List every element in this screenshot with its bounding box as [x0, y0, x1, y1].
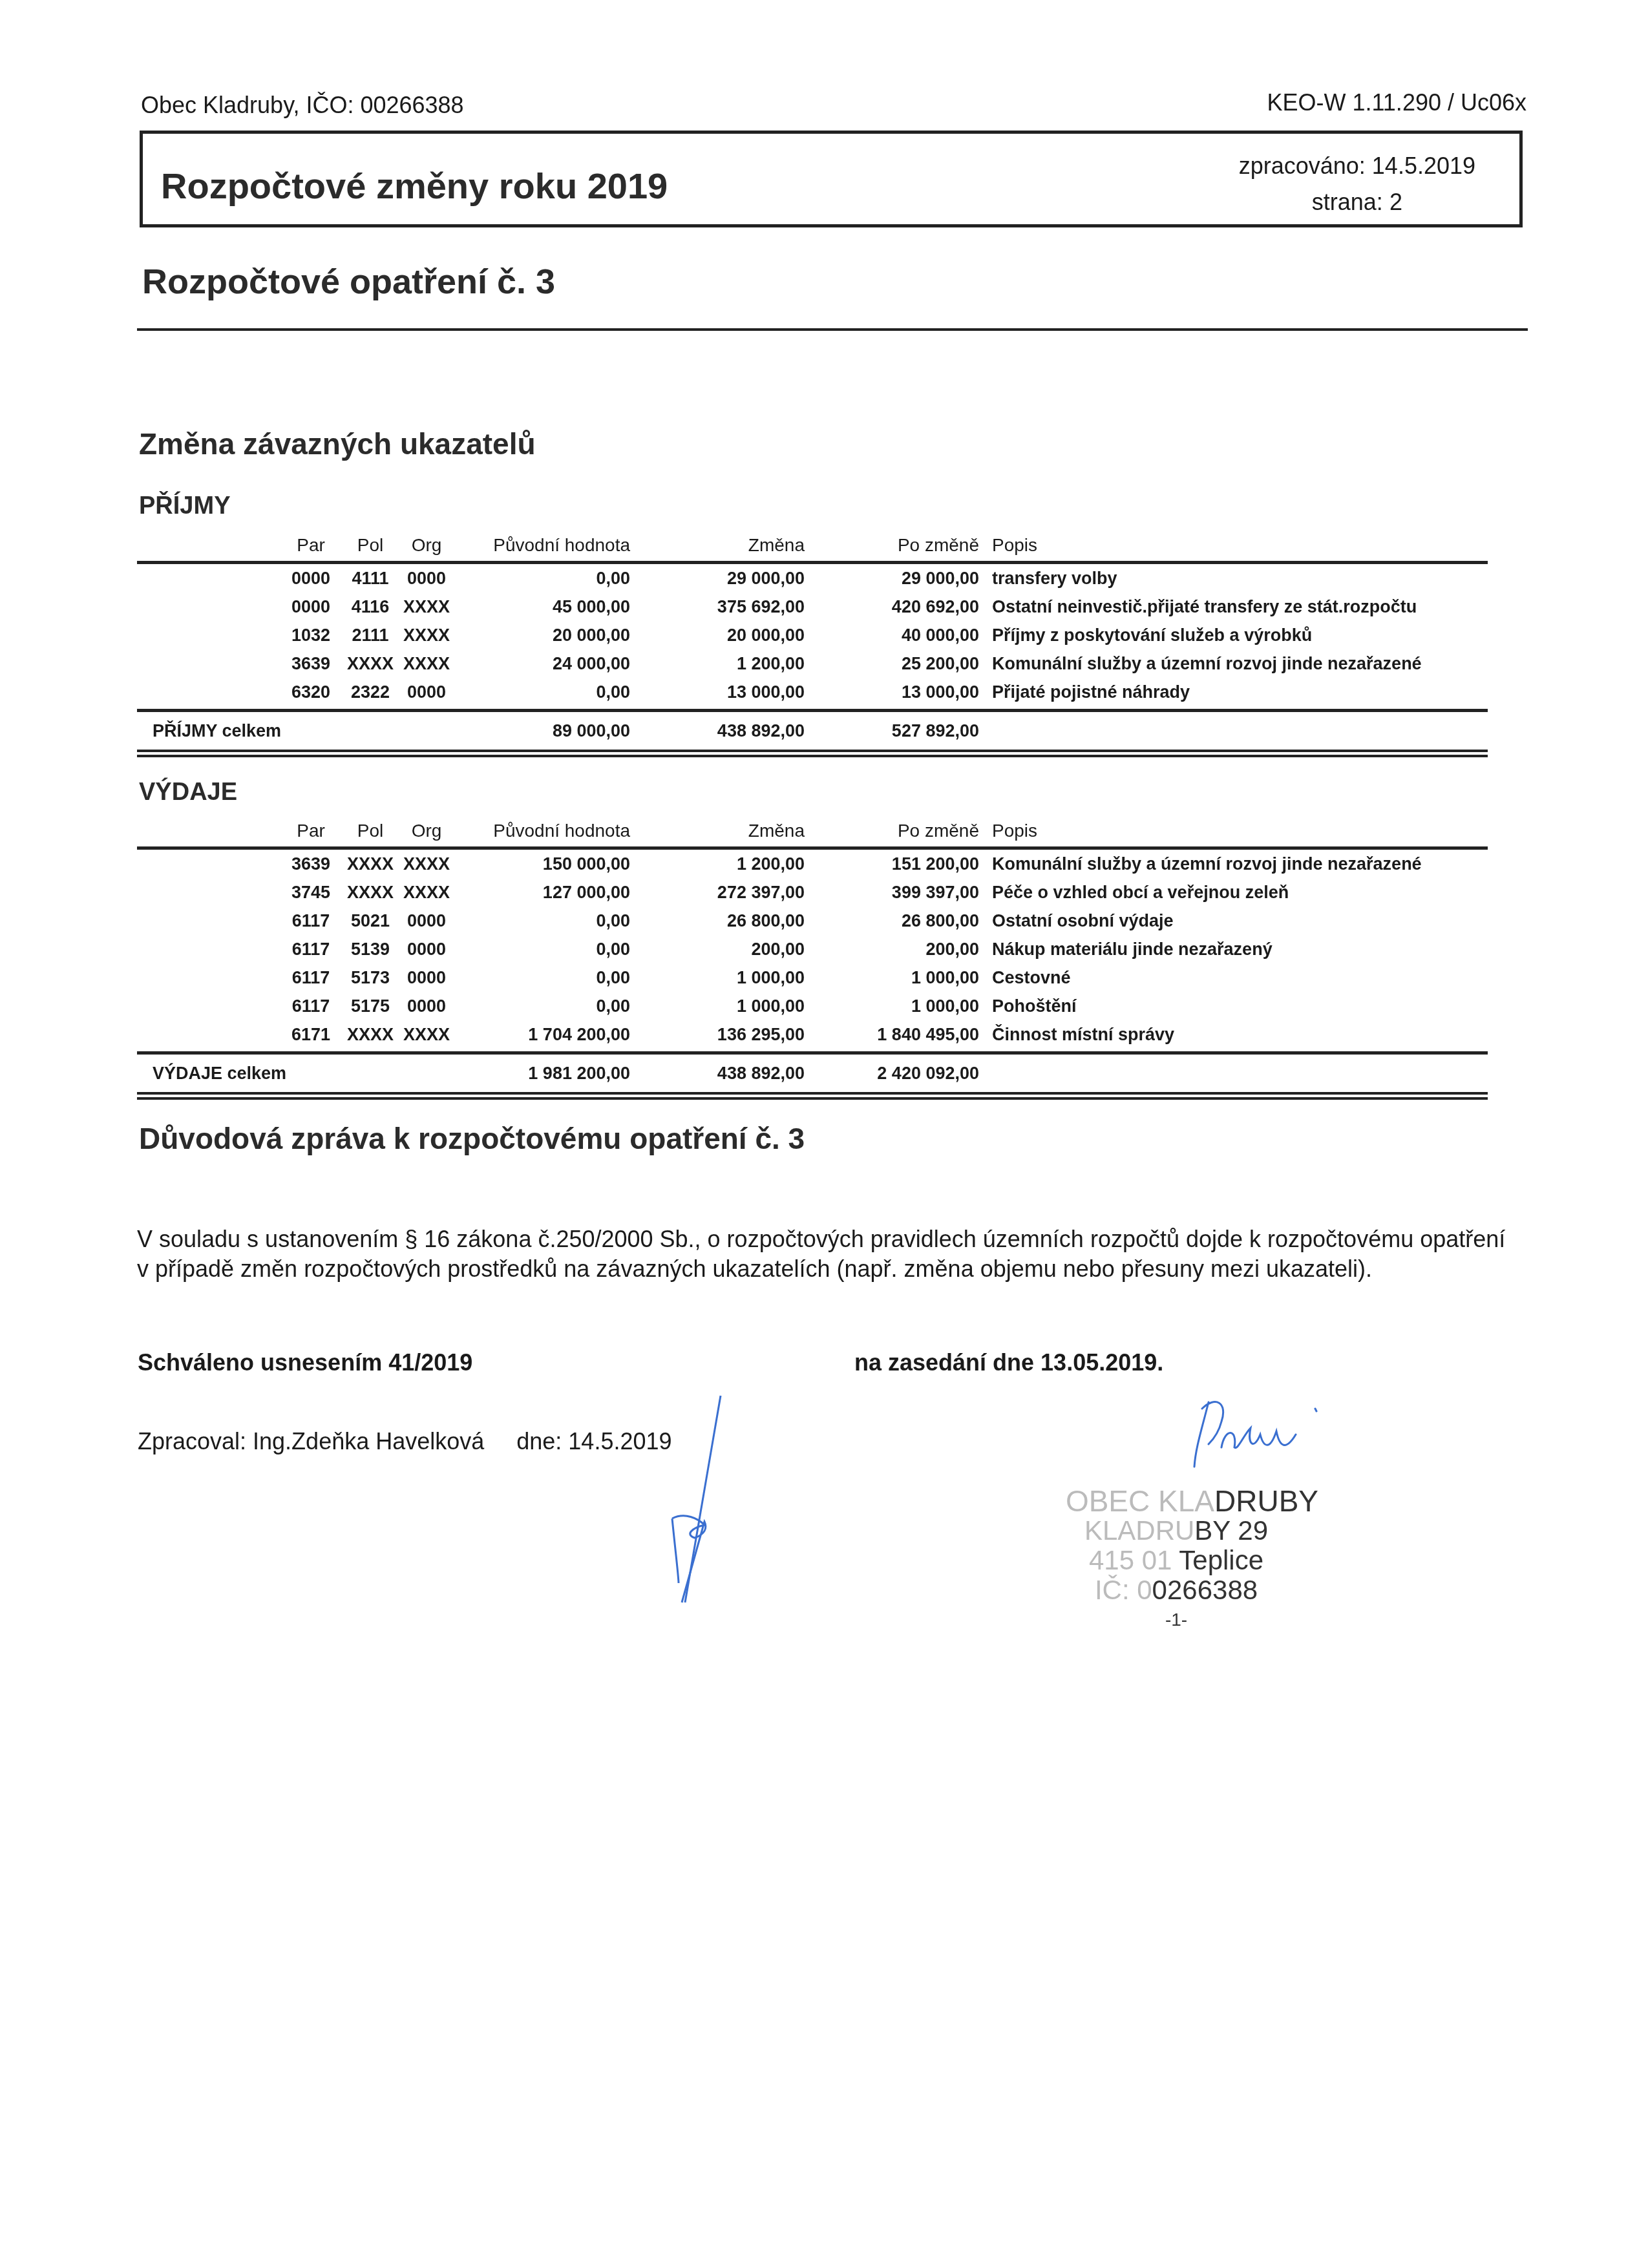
table-row: 10322111XXXX20 000,0020 000,0040 000,00P…	[137, 621, 1488, 649]
cell-after: 40 000,00	[805, 621, 979, 649]
col-after: Po změně	[805, 821, 979, 848]
divider	[137, 328, 1528, 331]
prepared-by: Zpracoval: Ing.Zdeňka Havelková	[138, 1428, 484, 1454]
cell-after: 1 000,00	[805, 963, 979, 992]
title-box: Rozpočtové změny roku 2019 zpracováno: 1…	[140, 131, 1523, 227]
cell-pol: XXXX	[343, 878, 397, 907]
total-row: VÝDAJE celkem1 981 200,00438 892,002 420…	[137, 1053, 1488, 1093]
approval-resolution: Schváleno usnesením 41/2019	[138, 1349, 472, 1376]
total-after: 527 892,00	[805, 711, 979, 750]
document-meta: zpracováno: 14.5.2019 strana: 2	[1239, 148, 1475, 220]
cell-original: 150 000,00	[456, 848, 630, 879]
cell-description: Činnost místní správy	[979, 1020, 1488, 1053]
cell-description: Příjmy z poskytování služeb a výrobků	[979, 621, 1488, 649]
total-original: 89 000,00	[456, 711, 630, 750]
col-original: Původní hodnota	[456, 821, 630, 848]
cell-original: 0,00	[456, 935, 630, 963]
cell-pol: 5139	[343, 935, 397, 963]
row-label	[137, 1020, 279, 1053]
double-rule	[137, 1097, 1488, 1100]
page-label: strana:	[1312, 189, 1383, 215]
cell-change: 1 200,00	[630, 848, 805, 879]
cell-after: 399 397,00	[805, 878, 979, 907]
row-label	[137, 992, 279, 1020]
double-rule	[137, 750, 1488, 752]
table-row: 6171XXXXXXXX1 704 200,00136 295,001 840 …	[137, 1020, 1488, 1053]
cell-original: 127 000,00	[456, 878, 630, 907]
total-change: 438 892,00	[630, 1053, 805, 1093]
col-description: Popis	[979, 821, 1488, 848]
software-version: KEO-W 1.11.290 / Uc06x	[1267, 89, 1527, 116]
cell-par: 6320	[279, 678, 343, 711]
cell-description: Nákup materiálu jinde nezařazený	[979, 935, 1488, 963]
cell-par: 0000	[279, 593, 343, 621]
expenses-table: Par Pol Org Původní hodnota Změna Po změ…	[137, 821, 1488, 1092]
row-label	[137, 907, 279, 935]
cell-change: 26 800,00	[630, 907, 805, 935]
col-description: Popis	[979, 535, 1488, 563]
signature-preparer	[646, 1389, 750, 1609]
cell-change: 375 692,00	[630, 593, 805, 621]
row-label	[137, 621, 279, 649]
col-org: Org	[397, 535, 456, 563]
cell-pol: 5175	[343, 992, 397, 1020]
table-row: 6117513900000,00200,00200,00Nákup materi…	[137, 935, 1488, 963]
table-row: 0000411100000,0029 000,0029 000,00transf…	[137, 563, 1488, 593]
prepared-by-line: Zpracoval: Ing.Zdeňka Havelkovádne: 14.5…	[138, 1428, 672, 1455]
report-text: V souladu s ustanovením § 16 zákona č.25…	[137, 1224, 1520, 1284]
cell-description: transfery volby	[979, 563, 1488, 593]
cell-change: 1 000,00	[630, 992, 805, 1020]
cell-par: 1032	[279, 621, 343, 649]
cell-pol: XXXX	[343, 1020, 397, 1053]
cell-org: XXXX	[397, 878, 456, 907]
total-after: 2 420 092,00	[805, 1053, 979, 1093]
row-label	[137, 563, 279, 593]
cell-description: Cestovné	[979, 963, 1488, 992]
cell-after: 200,00	[805, 935, 979, 963]
cell-change: 29 000,00	[630, 563, 805, 593]
col-pol: Pol	[343, 535, 397, 563]
cell-description: Komunální služby a územní rozvoj jinde n…	[979, 848, 1488, 879]
cell-org: 0000	[397, 935, 456, 963]
cell-change: 136 295,00	[630, 1020, 805, 1053]
indicators-title: Změna závazných ukazatelů	[139, 426, 536, 461]
table-row: 3639XXXXXXXX150 000,001 200,00151 200,00…	[137, 848, 1488, 879]
row-label	[137, 878, 279, 907]
cell-change: 1 200,00	[630, 649, 805, 678]
processed-label: zpracováno:	[1239, 152, 1366, 179]
table-row: 6320232200000,0013 000,0013 000,00Přijat…	[137, 678, 1488, 711]
row-label	[137, 593, 279, 621]
double-rule	[137, 755, 1488, 757]
signature-mayor	[1189, 1389, 1357, 1480]
row-label	[137, 963, 279, 992]
table-row: 6117502100000,0026 800,0026 800,00Ostatn…	[137, 907, 1488, 935]
meeting-date: na zasedání dne 13.05.2019.	[854, 1349, 1163, 1376]
page-number: 2	[1389, 189, 1402, 215]
cell-par: 6117	[279, 992, 343, 1020]
table-row: 3745XXXXXXXX127 000,00272 397,00399 397,…	[137, 878, 1488, 907]
double-rule	[137, 1092, 1488, 1095]
cell-pol: 2111	[343, 621, 397, 649]
cell-org: XXXX	[397, 621, 456, 649]
col-par: Par	[279, 821, 343, 848]
cell-change: 20 000,00	[630, 621, 805, 649]
cell-pol: XXXX	[343, 649, 397, 678]
cell-after: 1 000,00	[805, 992, 979, 1020]
cell-pol: 4111	[343, 563, 397, 593]
cell-par: 3639	[279, 848, 343, 879]
col-change: Změna	[630, 821, 805, 848]
row-label	[137, 678, 279, 711]
cell-after: 1 840 495,00	[805, 1020, 979, 1053]
cell-original: 45 000,00	[456, 593, 630, 621]
total-description	[979, 1053, 1488, 1093]
row-label	[137, 935, 279, 963]
cell-par: 0000	[279, 563, 343, 593]
document-title: Rozpočtové změny roku 2019	[161, 165, 668, 207]
cell-pol: 4116	[343, 593, 397, 621]
col-original: Původní hodnota	[456, 535, 630, 563]
expenses-title: VÝDAJE	[139, 779, 237, 806]
cell-pol: XXXX	[343, 848, 397, 879]
cell-after: 420 692,00	[805, 593, 979, 621]
cell-original: 1 704 200,00	[456, 1020, 630, 1053]
cell-par: 6117	[279, 963, 343, 992]
col-par: Par	[279, 535, 343, 563]
table-row: 6117517500000,001 000,001 000,00Pohoštěn…	[137, 992, 1488, 1020]
organization-header: Obec Kladruby, IČO: 00266388	[141, 92, 464, 119]
cell-after: 13 000,00	[805, 678, 979, 711]
total-change: 438 892,00	[630, 711, 805, 750]
cell-org: XXXX	[397, 848, 456, 879]
income-table: Par Pol Org Původní hodnota Změna Po změ…	[137, 535, 1488, 750]
cell-par: 3639	[279, 649, 343, 678]
report-title: Důvodová zpráva k rozpočtovému opatření …	[139, 1121, 805, 1156]
cell-change: 200,00	[630, 935, 805, 963]
col-after: Po změně	[805, 535, 979, 563]
col-change: Změna	[630, 535, 805, 563]
cell-description: Komunální služby a územní rozvoj jinde n…	[979, 649, 1488, 678]
cell-org: 0000	[397, 678, 456, 711]
cell-par: 6171	[279, 1020, 343, 1053]
cell-original: 20 000,00	[456, 621, 630, 649]
table-header: Par Pol Org Původní hodnota Změna Po změ…	[137, 535, 1488, 563]
col-org: Org	[397, 821, 456, 848]
cell-original: 0,00	[456, 963, 630, 992]
cell-par: 3745	[279, 878, 343, 907]
table-row: 00004116XXXX45 000,00375 692,00420 692,0…	[137, 593, 1488, 621]
total-label: VÝDAJE celkem	[137, 1053, 456, 1093]
cell-after: 25 200,00	[805, 649, 979, 678]
cell-pol: 5173	[343, 963, 397, 992]
measure-title: Rozpočtové opatření č. 3	[142, 262, 555, 302]
cell-org: 0000	[397, 963, 456, 992]
row-label	[137, 649, 279, 678]
total-row: PŘÍJMY celkem89 000,00438 892,00527 892,…	[137, 711, 1488, 750]
cell-org: XXXX	[397, 1020, 456, 1053]
cell-pol: 5021	[343, 907, 397, 935]
cell-original: 0,00	[456, 678, 630, 711]
cell-after: 26 800,00	[805, 907, 979, 935]
col-pol: Pol	[343, 821, 397, 848]
cell-org: 0000	[397, 907, 456, 935]
cell-original: 24 000,00	[456, 649, 630, 678]
cell-original: 0,00	[456, 992, 630, 1020]
processed-date: 14.5.2019	[1372, 152, 1475, 179]
cell-org: XXXX	[397, 649, 456, 678]
table-header: Par Pol Org Původní hodnota Změna Po změ…	[137, 821, 1488, 848]
cell-change: 272 397,00	[630, 878, 805, 907]
cell-change: 1 000,00	[630, 963, 805, 992]
cell-par: 6117	[279, 935, 343, 963]
total-description	[979, 711, 1488, 750]
cell-original: 0,00	[456, 563, 630, 593]
cell-description: Přijaté pojistné náhrady	[979, 678, 1488, 711]
total-label: PŘÍJMY celkem	[137, 711, 456, 750]
cell-description: Péče o vzhled obcí a veřejnou zeleň	[979, 878, 1488, 907]
table-row: 3639XXXXXXXX24 000,001 200,0025 200,00Ko…	[137, 649, 1488, 678]
cell-org: XXXX	[397, 593, 456, 621]
row-label	[137, 848, 279, 879]
official-stamp: OBEC KLADRUBY KLADRUBY 29 415 01 Teplice…	[1008, 1486, 1344, 1635]
cell-description: Ostatní neinvestič.přijaté transfery ze …	[979, 593, 1488, 621]
cell-description: Pohoštění	[979, 992, 1488, 1020]
cell-after: 151 200,00	[805, 848, 979, 879]
cell-par: 6117	[279, 907, 343, 935]
cell-after: 29 000,00	[805, 563, 979, 593]
table-row: 6117517300000,001 000,001 000,00Cestovné	[137, 963, 1488, 992]
cell-org: 0000	[397, 563, 456, 593]
income-title: PŘÍJMY	[139, 492, 230, 520]
cell-pol: 2322	[343, 678, 397, 711]
cell-description: Ostatní osobní výdaje	[979, 907, 1488, 935]
cell-org: 0000	[397, 992, 456, 1020]
cell-original: 0,00	[456, 907, 630, 935]
cell-change: 13 000,00	[630, 678, 805, 711]
total-original: 1 981 200,00	[456, 1053, 630, 1093]
